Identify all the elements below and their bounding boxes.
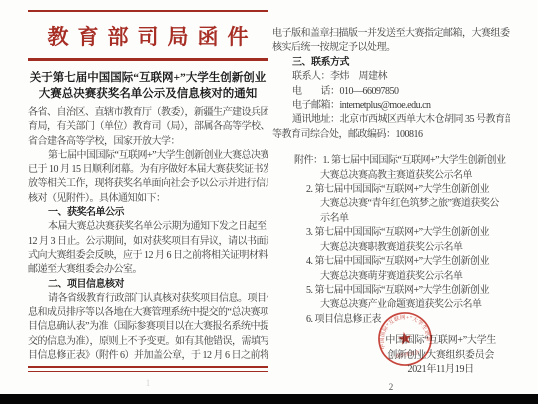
body-line: 式向大赛组委会反映，应于 12 月 6 日之前将相关证明材料: [28, 249, 268, 263]
seal-bottom-text: 组织委员会: [395, 349, 420, 360]
document-title-line2: 大赛总决赛获奖名单公示及信息核对的通知: [28, 86, 268, 102]
page-number-2: 2: [272, 382, 510, 392]
attachment-item: 大赛总决赛产业命题赛道获奖公示名单: [272, 298, 510, 312]
body-line: 第七届中国国际“互联网+”大学生创新创业大赛总决赛: [28, 149, 268, 163]
attachment-item: 2. 第七届中国国际“互联网+”大学生创新创业: [272, 183, 510, 197]
body-line: 各省、自治区、直辖市教育厅（教委），新疆生产建设兵团教: [28, 106, 268, 120]
body-line: 息和成员排序等以各地在大赛管理系统中提交的“总决赛项: [28, 306, 268, 320]
body-line: 本届大赛总决赛获奖名单公示期为通知下发之日起至: [28, 220, 268, 234]
masthead-title: 教育部司局函件: [28, 24, 268, 50]
body-line: 12 月 3 日止。公示期间，如对获奖项目有异议，请以书面形: [28, 235, 268, 249]
contact-address-line2: 等教育司综合处，邮政编码：100816: [272, 128, 510, 142]
contact-person-line: 联系人：李炜 周建林: [272, 70, 510, 84]
scan-bottom-edge: [0, 394, 538, 404]
body-line: 省合建各高等学校，国家开放大学：: [28, 135, 268, 149]
attachment-item: 3. 第七届中国国际“互联网+”大学生创新创业: [272, 226, 510, 240]
official-seal: ★ 中国国际“互联网+”大学生创新创业大赛 组织委员会: [371, 305, 438, 372]
contact-address-line: 通讯地址：北京市西城区西单大木仓胡同 35 号教育部高: [272, 113, 510, 127]
body-line: 育局，有关部门（单位）教育司（局），部属各高等学校、部: [28, 120, 268, 134]
section-heading-2: 二、项目信息核对: [28, 278, 268, 292]
section-heading-3: 三、联系方式: [272, 56, 510, 70]
page1-body: 各省、自治区、直辖市教育厅（教委），新疆生产建设兵团教 育局，有关部门（单位）教…: [28, 106, 268, 363]
attachments-list: 附件：1. 第七届中国国际“互联网+”大学生创新创业 大赛总决赛高教主赛道获奖公…: [272, 154, 510, 327]
page2-body: 电子版和盖章扫描版一并发送至大赛指定邮箱，大赛组委会 核实后统一按规定予以处理。…: [272, 27, 510, 142]
attachment-item: 大赛总决赛萌芽赛道获奖公示名单: [272, 270, 510, 284]
attachment-item: 大赛总决赛“青年红色筑梦之旅”赛道获奖公: [272, 197, 510, 211]
body-line: 电子版和盖章扫描版一并发送至大赛指定邮箱，大赛组委会: [272, 27, 510, 41]
document-title-line1: 关于第七届中国国际“互联网+”大学生创新创业: [28, 70, 268, 86]
masthead-bottom-rule: [28, 58, 268, 61]
masthead-top-rule: [28, 10, 268, 12]
section-heading-1: 一、获奖名单公示: [28, 206, 268, 220]
letter-page-1: 教育部司局函件 关于第七届中国国际“互联网+”大学生创新创业 大赛总决赛获奖名单…: [28, 10, 268, 396]
seal-star-icon: ★: [396, 328, 414, 350]
attachment-item: 示名单: [272, 212, 510, 226]
attachment-item: 大赛总决赛高教主赛道获奖公示名单: [272, 169, 510, 183]
body-line: 请各省级教育行政部门认真核对获奖项目信息。项目信: [28, 292, 268, 306]
attachment-item: 附件：1. 第七届中国国际“互联网+”大学生创新创业: [272, 154, 510, 168]
contact-phone-line: 电 话：010—66097850: [272, 85, 510, 99]
attachment-item: 4. 第七届中国国际“互联网+”大学生创新创业: [272, 255, 510, 269]
body-line: 核实后统一按规定予以处理。: [272, 41, 510, 55]
contact-email-line: 电子邮箱：internetplus@moe.edu.cn: [272, 99, 510, 113]
attachment-item: 大赛总决赛职教赛道获奖公示名单: [272, 241, 510, 255]
body-line: 邮递至大赛组委会办公室。: [28, 263, 268, 277]
body-line: 目信息修正表》（附件 6）并加盖公章，于 12 月 6 日之前将: [28, 349, 268, 363]
document-title: 关于第七届中国国际“互联网+”大学生创新创业 大赛总决赛获奖名单公示及信息核对的…: [28, 70, 268, 102]
attachment-item: 5. 第七届中国国际“互联网+”大学生创新创业: [272, 284, 510, 298]
body-line: 核对（见附件）。具体通知如下：: [28, 192, 268, 206]
body-line: 已于 10 月 15 日顺利闭幕。为有序做好本届大赛获奖证书发: [28, 163, 268, 177]
body-line: 交的信息为准），原则上不予变更。如有其他错误，需填写《项: [28, 335, 268, 349]
body-line: 放等相关工作，现将获奖名单面向社会予以公示并进行信息: [28, 177, 268, 191]
body-line: 目信息确认表”为准（国际参赛项目以在大赛报名系统中提: [28, 320, 268, 334]
footer-double-rule: [28, 366, 268, 372]
page-number-1: 1: [28, 378, 268, 388]
